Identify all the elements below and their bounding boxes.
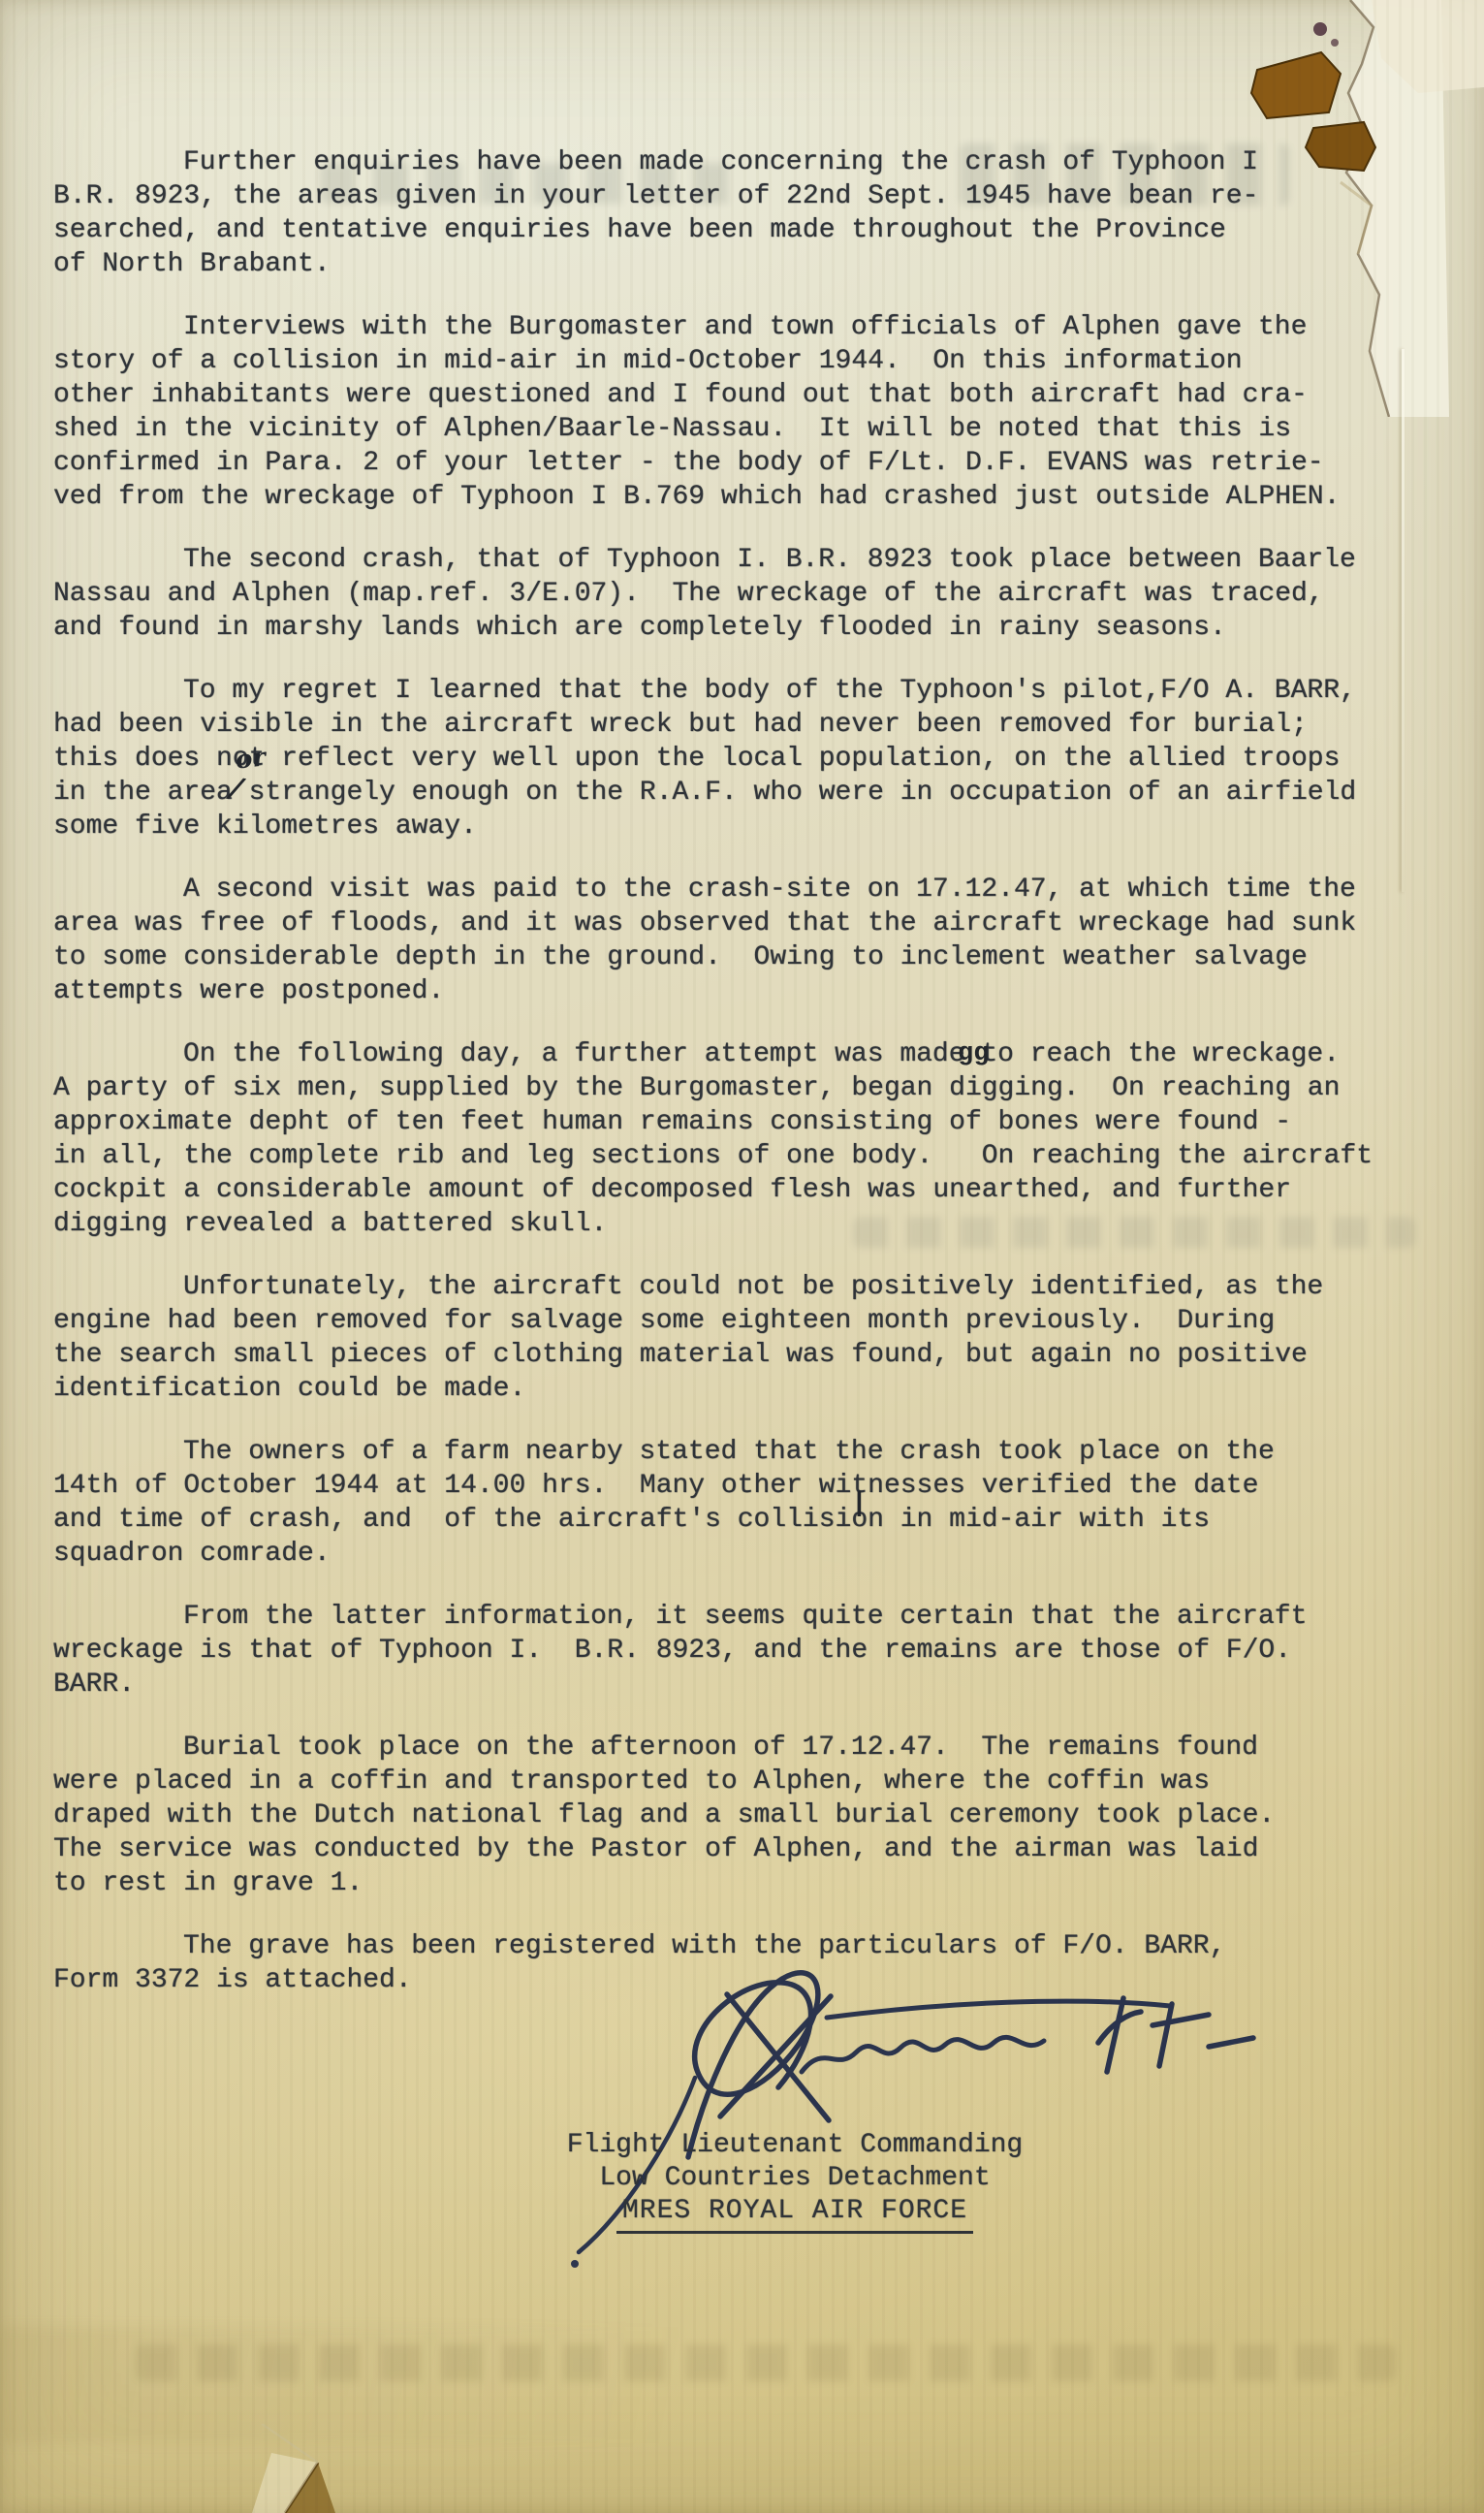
- paragraph-line: digging revealed a battered skull.: [53, 1207, 1410, 1241]
- paragraph-line: The second crash, that of Typhoon I. B.R…: [53, 543, 1410, 577]
- paragraph: Interviews with the Burgomaster and town…: [53, 310, 1410, 514]
- paragraph-line: Unfortunately, the aircraft could not be…: [53, 1270, 1410, 1304]
- signoff-rank: Flight Lieutenant Commanding: [407, 2129, 1183, 2162]
- paragraph: A second visit was paid to the crash-sit…: [53, 873, 1410, 1008]
- paragraph-line: attempts were postponed.: [53, 974, 1410, 1008]
- paragraph-line: squadron comrade.: [53, 1537, 1410, 1571]
- paper-crease-right: [1402, 349, 1405, 892]
- paragraph-line: and time of crash, and of the aircraft's…: [53, 1503, 1410, 1537]
- paragraph-line: to some considerable depth in the ground…: [53, 940, 1410, 974]
- paragraph-line: A second visit was paid to the crash-sit…: [53, 873, 1410, 907]
- bleedthrough-smudge: [136, 2344, 1396, 2381]
- paragraph-line: shed in the vicinity of Alphen/Baarle-Na…: [53, 412, 1410, 446]
- paragraph-line: Interviews with the Burgomaster and town…: [53, 310, 1410, 344]
- paragraph-line: were placed in a coffin and transported …: [53, 1765, 1410, 1798]
- paragraph-line: in the area strangely enough on the R.A.…: [53, 776, 1410, 810]
- paragraph-line: cockpit a considerable amount of decompo…: [53, 1173, 1410, 1207]
- paragraph: Further enquiries have been made concern…: [53, 145, 1410, 281]
- paragraph-line: ved from the wreckage of Typhoon I B.769…: [53, 480, 1410, 514]
- paragraph-line: To my regret I learned that the body of …: [53, 674, 1410, 708]
- paragraph-line: and found in marshy lands which are comp…: [53, 611, 1410, 645]
- paragraph-line: engine had been removed for salvage some…: [53, 1304, 1410, 1338]
- fold-shadow: [0, 2327, 969, 2443]
- handwritten-insertion-or: or: [235, 743, 268, 775]
- paragraph: The second crash, that of Typhoon I. B.R…: [53, 543, 1410, 645]
- paragraph-line: draped with the Dutch national flag and …: [53, 1798, 1410, 1832]
- paragraph-line: Burial took place on the afternoon of 17…: [53, 1731, 1410, 1765]
- paragraph-line: to rest in grave 1.: [53, 1866, 1410, 1900]
- paragraph-line: searched, and tentative enquiries have b…: [53, 213, 1410, 247]
- paragraph: The owners of a farm nearby stated that …: [53, 1435, 1410, 1571]
- paragraph-line: BARR.: [53, 1668, 1410, 1702]
- paper-tear-top-right: [1226, 0, 1484, 417]
- paragraph-line: identification could be made.: [53, 1372, 1410, 1406]
- paragraph-line: some five kilometres away.: [53, 810, 1410, 843]
- paragraph-line: the search small pieces of clothing mate…: [53, 1338, 1410, 1372]
- paragraph-line: The service was conducted by the Pastor …: [53, 1832, 1410, 1866]
- signoff-service: MRES ROYAL AIR FORCE: [616, 2195, 973, 2234]
- paragraph-line: From the latter information, it seems qu…: [53, 1600, 1410, 1634]
- paragraph: On the following day, a further attempt …: [53, 1037, 1410, 1241]
- paragraph-line: Further enquiries have been made concern…: [53, 145, 1410, 179]
- paragraph-line: The owners of a farm nearby stated that …: [53, 1435, 1410, 1469]
- paragraph: From the latter information, it seems qu…: [53, 1600, 1410, 1702]
- paper-tear-bottom-left: [242, 2424, 397, 2513]
- overstrike-mark: |: [851, 1489, 868, 1519]
- paragraph-line: A party of six men, supplied by the Burg…: [53, 1071, 1410, 1105]
- paragraph-line: confirmed in Para. 2 of your letter - th…: [53, 446, 1410, 480]
- paragraph-line: story of a collision in mid-air in mid-O…: [53, 344, 1410, 378]
- paragraph-line: 14th of October 1944 at 14.00 hrs. Many …: [53, 1469, 1410, 1503]
- signoff-unit: Low Countries Detachment: [407, 2162, 1183, 2195]
- paragraph-line: On the following day, a further attempt …: [53, 1037, 1410, 1071]
- signoff-block: Flight Lieutenant Commanding Low Countri…: [407, 2129, 1183, 2234]
- paragraph-line: in all, the complete rib and leg section…: [53, 1139, 1410, 1173]
- paragraph-line: of North Brabant.: [53, 247, 1410, 281]
- scanned-letter-page: Further enquiries have been made concern…: [0, 0, 1484, 2513]
- paragraph-line: area was free of floods, and it was obse…: [53, 907, 1410, 940]
- letter-body: Further enquiries have been made concern…: [53, 145, 1410, 2026]
- paragraph-line: approximate depht of ten feet human rema…: [53, 1105, 1410, 1139]
- paragraph-line: B.R. 8923, the areas given in your lette…: [53, 179, 1410, 213]
- handwritten-insertion-gg: gg: [958, 1039, 989, 1068]
- paragraph-line: other inhabitants were questioned and I …: [53, 378, 1410, 412]
- paragraph: Unfortunately, the aircraft could not be…: [53, 1270, 1410, 1406]
- paragraph-line: wreckage is that of Typhoon I. B.R. 8923…: [53, 1634, 1410, 1668]
- paragraph-line: had been visible in the aircraft wreck b…: [53, 708, 1410, 742]
- signature-ink: [528, 1954, 1304, 2283]
- paragraph-line: Nassau and Alphen (map.ref. 3/E.07). The…: [53, 577, 1410, 611]
- paragraph: Burial took place on the afternoon of 17…: [53, 1731, 1410, 1900]
